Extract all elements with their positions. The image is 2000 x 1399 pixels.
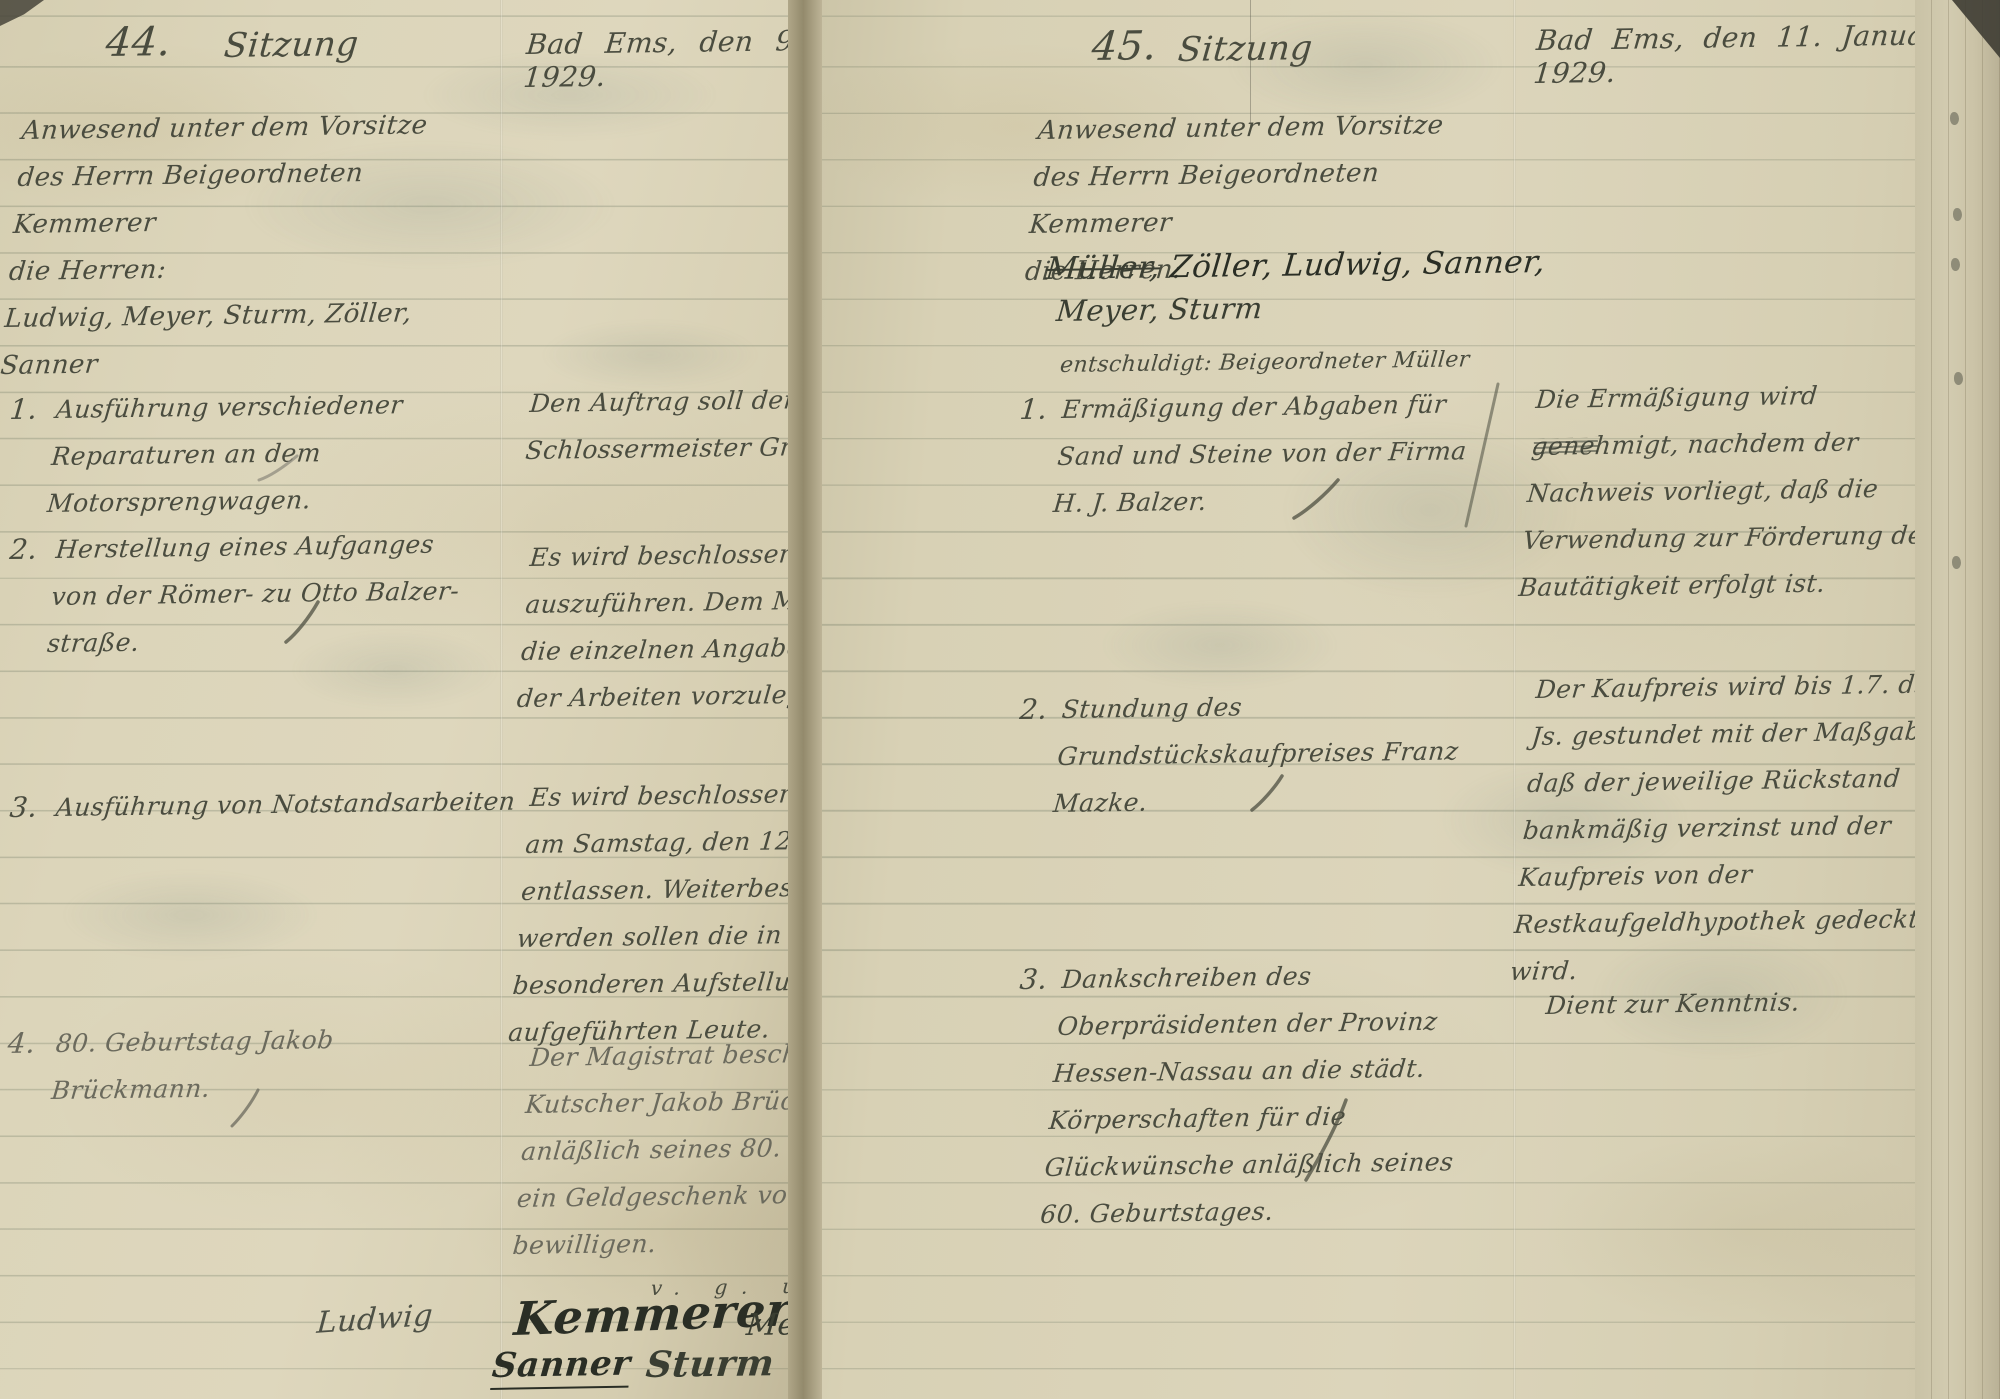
page-edge-mark	[1951, 258, 1960, 271]
item-topic: Dankschreiben des Oberpräsidenten der Pr…	[1038, 950, 1504, 1238]
page-edge-mark	[1953, 208, 1962, 221]
signature: Sturm	[644, 1342, 776, 1386]
session-label: Sitzung	[222, 24, 360, 66]
item-topic: Ausführung von Notstandsarbeiten	[54, 777, 539, 831]
attendee-roster-line: Müller, Zöller, Ludwig, Sanner,	[1044, 239, 1548, 293]
item-topic: Stundung des Grundstückskaufpreises Fran…	[1051, 680, 1494, 827]
session-number: 44.	[104, 19, 173, 66]
item-number: 1.	[1018, 386, 1050, 433]
binding-gutter	[788, 0, 822, 1399]
session-number: 45.	[1090, 23, 1159, 70]
item-number: 4.	[6, 1020, 38, 1067]
attendance-paragraph: Anwesend unter dem Vorsitze des Herrn Be…	[0, 101, 505, 390]
item-resolution: Der Kaufpreis wird bis 1.7. ds. Js. gest…	[1508, 660, 1974, 995]
item-number: 3.	[8, 784, 40, 831]
attendee-names: Zöller, Ludwig, Sanner,	[1158, 244, 1546, 285]
struck-attendee-name: Müller,	[1044, 249, 1161, 287]
item-number: 1.	[8, 386, 40, 433]
item-number: 3.	[1018, 956, 1050, 1003]
attendee-names: Meyer, Sturm	[1055, 291, 1264, 328]
page-edge-mark	[1950, 112, 1959, 125]
dateline: Bad Ems, den 11. Januar 1929.	[1532, 18, 1979, 90]
page-edge-mark	[1952, 556, 1961, 569]
minute-book-spread: 44. Sitzung Bad Ems, den 9. Januar 1929.…	[0, 0, 2000, 1399]
item-topic: 80. Geburtstag Jakob Brückmann.	[49, 1014, 478, 1114]
signature: Sanner	[490, 1344, 632, 1390]
item-resolution: Dient zur Kenntnis.	[1544, 976, 1949, 1029]
item-topic: Ermäßigung der Abgaben für Sand und Stei…	[1051, 380, 1494, 527]
item-topic: Herstellung eines Aufganges von der Röme…	[45, 520, 488, 667]
item-topic: Ausführung verschiedener Reparaturen an …	[45, 380, 488, 527]
item-resolution: Die Ermäßigung wird genehmigt, nachdem d…	[1517, 370, 1969, 611]
item-number: 2.	[8, 526, 40, 573]
page-edge-mark	[1954, 372, 1963, 385]
session-label: Sitzung	[1176, 28, 1314, 70]
item-number: 2.	[1018, 686, 1050, 733]
